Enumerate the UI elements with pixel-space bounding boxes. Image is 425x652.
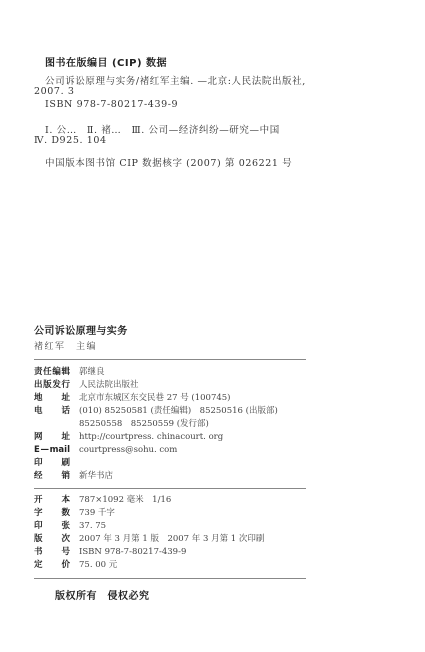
label-char: 书 bbox=[34, 546, 43, 558]
label-char: 址 bbox=[61, 392, 70, 404]
label-char: 责 bbox=[34, 366, 43, 378]
info-value: 北京市东城区东交民巷 27 号 (100745) bbox=[79, 392, 231, 404]
label-char: 发 bbox=[52, 379, 61, 391]
info-label: 经销 bbox=[34, 470, 70, 482]
label-char: 开 bbox=[34, 494, 43, 506]
cip-line-6: 中国版本图书馆 CIP 数据核字 (2007) 第 026221 号 bbox=[45, 155, 292, 169]
book-title: 公司诉讼原理与实务 bbox=[34, 322, 128, 337]
label-char: 地 bbox=[34, 392, 43, 404]
label-char: 定 bbox=[34, 559, 43, 571]
label-char: 印 bbox=[34, 457, 43, 469]
info-value: ISBN 978-7-80217-439-9 bbox=[79, 546, 186, 558]
label-char: 编 bbox=[52, 366, 61, 378]
info-label: 版次 bbox=[34, 533, 70, 545]
info-label: 电话 bbox=[34, 405, 70, 417]
divider bbox=[34, 488, 306, 489]
info-value: 2007 年 3 月第 1 版 2007 年 3 月第 1 次印刷 bbox=[79, 533, 264, 545]
info-value: 郭继良 bbox=[79, 366, 105, 378]
label-char: 本 bbox=[61, 494, 70, 506]
cip-heading: 图书在版编目 (CIP) 数据 bbox=[45, 54, 167, 69]
info-value: http://courtpress. chinacourt. org bbox=[79, 431, 223, 443]
info-value: courtpress@sohu. com bbox=[79, 444, 177, 456]
label-char: 网 bbox=[34, 431, 43, 443]
label-char: 址 bbox=[61, 431, 70, 443]
cip-line-3: ISBN 978-7-80217-439-9 bbox=[45, 99, 178, 110]
label-char: E bbox=[34, 444, 40, 456]
info-label: 定价 bbox=[34, 559, 70, 571]
cip-line-5: Ⅳ. D925. 104 bbox=[34, 135, 107, 146]
label-char: 行 bbox=[61, 379, 70, 391]
cip-line-2: 2007. 3 bbox=[34, 86, 74, 97]
cip-line-4: Ⅰ. 公… Ⅱ. 褚… Ⅲ. 公司—经济纠纷—研究—中国 bbox=[45, 122, 280, 136]
label-char: 辑 bbox=[61, 366, 70, 378]
label-char: 版 bbox=[34, 533, 43, 545]
label-char: 销 bbox=[61, 470, 70, 482]
cip-line-1: 公司诉讼原理与实务/褚红军主编. —北京:人民法院出版社, bbox=[45, 73, 306, 87]
info-value: 787×1092 毫米 1/16 bbox=[79, 494, 171, 506]
info-value: 人民法院出版社 bbox=[79, 379, 139, 391]
label-char: 电 bbox=[34, 405, 43, 417]
book-author: 褚红军 主编 bbox=[34, 339, 97, 352]
label-char: 字 bbox=[34, 507, 43, 519]
info-label: 地址 bbox=[34, 392, 70, 404]
info-value: 37. 75 bbox=[79, 520, 106, 532]
info-value: 739 千字 bbox=[79, 507, 115, 519]
divider bbox=[34, 578, 306, 579]
info-value: (010) 85250581 (责任编辑) 85250516 (出版部) bbox=[79, 405, 278, 417]
info-value: 75. 00 元 bbox=[79, 559, 117, 571]
label-char: 版 bbox=[43, 379, 52, 391]
info-label: 印张 bbox=[34, 520, 70, 532]
info-value: 85250558 85250559 (发行部) bbox=[79, 418, 209, 430]
info-value: 新华书店 bbox=[79, 470, 113, 482]
label-char: 任 bbox=[43, 366, 52, 378]
info-label: 出版发行 bbox=[34, 379, 70, 391]
label-char: 话 bbox=[61, 405, 70, 417]
info-label: 开本 bbox=[34, 494, 70, 506]
label-char: 张 bbox=[61, 520, 70, 532]
info-label: 责任编辑 bbox=[34, 366, 70, 378]
label-char: 价 bbox=[61, 559, 70, 571]
label-char: 出 bbox=[34, 379, 43, 391]
label-char: 印 bbox=[34, 520, 43, 532]
info-label: 网址 bbox=[34, 431, 70, 443]
info-label: 印刷 bbox=[34, 457, 70, 469]
label-char: — bbox=[40, 444, 49, 456]
label-char: 刷 bbox=[61, 457, 70, 469]
info-label: 字数 bbox=[34, 507, 70, 519]
label-char: mail bbox=[50, 444, 70, 456]
divider bbox=[34, 359, 306, 360]
label-char: 次 bbox=[61, 533, 70, 545]
copyright-notice: 版权所有 侵权必究 bbox=[55, 587, 150, 602]
label-char: 号 bbox=[61, 546, 70, 558]
info-label: 书号 bbox=[34, 546, 70, 558]
label-char: 经 bbox=[34, 470, 43, 482]
label-char: 数 bbox=[61, 507, 70, 519]
info-label: E—mail bbox=[34, 444, 70, 456]
